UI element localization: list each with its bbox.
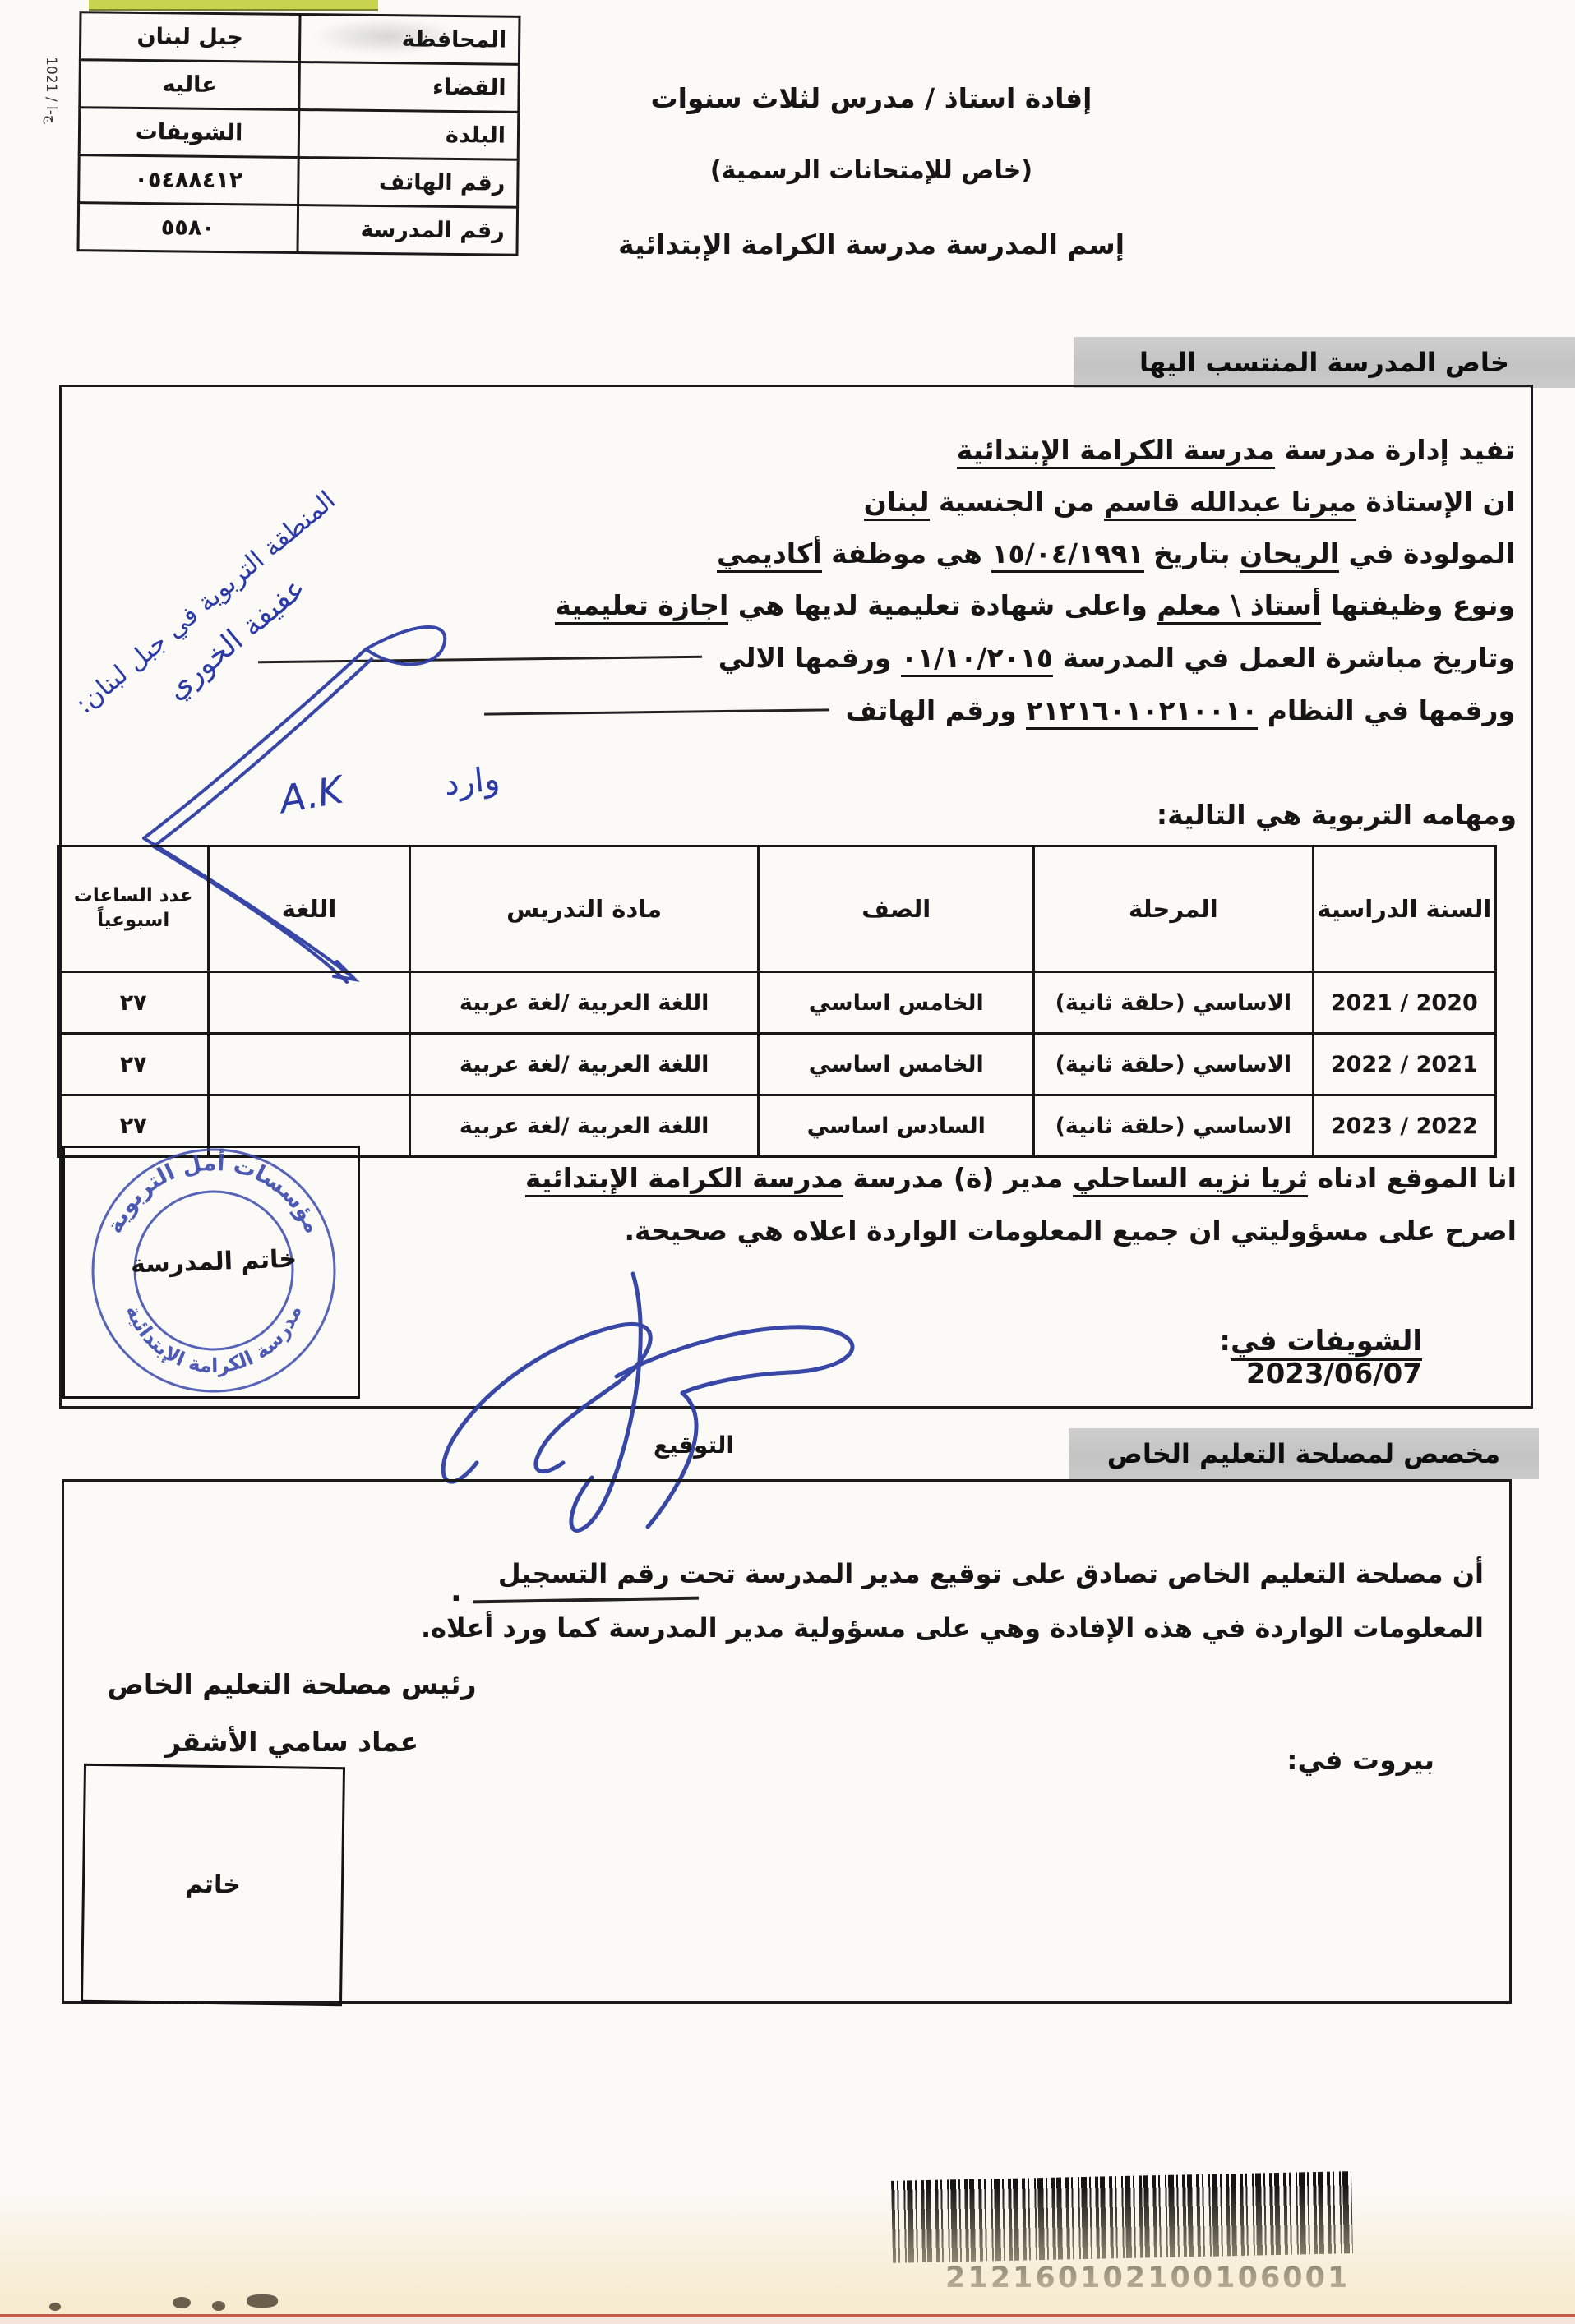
- teacher-name-value: ميرنا عبدالله قاسم: [1104, 486, 1356, 521]
- paragraph-line-1: تفيد إدارة مدرسة مدرسة الكرامة الإبتدائي…: [493, 434, 1515, 466]
- stage-cell: الاساسي (حلقة ثانية): [1034, 1095, 1314, 1157]
- ministry-certification-line2: المعلومات الواردة في هذه الإفادة وهي على…: [460, 1612, 1484, 1644]
- section2-header-bar: مخصص لمصلحة التعليم الخاص: [1069, 1428, 1539, 1479]
- registration-barcode: [891, 2171, 1353, 2263]
- phone-number-blank: [484, 703, 829, 715]
- document-subtitle: (خاص للإمتحانات الرسمية): [526, 156, 1217, 185]
- stamp-placeholder-label: خاتم: [185, 1870, 241, 1900]
- svg-text:مدرسة الكرامة الإبتدائية: مدرسة الكرامة الإبتدائية: [122, 1302, 307, 1377]
- grade-cell: الخامس اساسي: [759, 972, 1034, 1034]
- hours-cell: ٢٧: [58, 1034, 209, 1095]
- subject-cell: اللغة العربية /لغة عربية: [409, 1034, 759, 1095]
- table-row: البلدة الشويفات: [79, 108, 519, 160]
- corner-reference-note: ج-ا / 1021: [43, 25, 59, 156]
- ink-smudge: [247, 2294, 278, 2308]
- district-label: القضاء: [299, 62, 520, 113]
- town-label: البلدة: [298, 110, 519, 160]
- duty-row-2021-2022: 2021 / 2022 الاساسي (حلقة ثانية) الخامس …: [58, 1034, 1496, 1095]
- language-cell: [209, 1034, 409, 1095]
- district-value: عاليه: [80, 60, 300, 110]
- col-weekly-hours: عدد الساعات اسبوعياً: [58, 846, 209, 972]
- place-label: الشويفات في: [1231, 1325, 1422, 1361]
- school-name-value: مدرسة الكرامة الإبتدائية: [525, 1162, 843, 1197]
- duties-intro-label: ومهامه التربوية هي التالية:: [986, 799, 1517, 831]
- col-language: اللغة: [209, 846, 409, 972]
- hours-cell: ٢٧: [58, 972, 209, 1034]
- paragraph-line-2: ان الإستاذة ميرنا عبدالله قاسم من الجنسي…: [493, 486, 1515, 518]
- governorate-label: المحافظة: [299, 15, 520, 65]
- section1-header-bar: خاص المدرسة المنتسب اليها: [1074, 337, 1575, 388]
- stage-cell: الاساسي (حلقة ثانية): [1034, 1034, 1314, 1095]
- year-cell: 2020 / 2021: [1313, 972, 1495, 1034]
- system-number-value: ٢١٢١٦٠١٠٢١٠٠١٠: [1026, 694, 1258, 730]
- ink-smudge: [212, 2301, 225, 2311]
- subject-cell: اللغة العربية /لغة عربية: [409, 972, 759, 1034]
- school-number-value: ٥٥٨٠: [78, 203, 298, 253]
- table-row: القضاء عاليه: [80, 60, 520, 113]
- date-line: الشويفات في: 2023/06/07: [1060, 1325, 1422, 1390]
- scanned-document-page: { "corner_note": "ج-ا / 1021", "info_tab…: [0, 0, 1575, 2324]
- duty-row-2020-2021: 2020 / 2021 الاساسي (حلقة ثانية) الخامس …: [58, 972, 1496, 1034]
- beirut-date-label: بيروت في:: [1249, 1744, 1434, 1776]
- official-stamp-placeholder-box: خاتم: [81, 1764, 345, 2006]
- school-name-value: مدرسة الكرامة الإبتدائية: [957, 434, 1275, 469]
- job-type-value: أستاذ \ معلم: [1157, 589, 1321, 625]
- paragraph-line-4: ونوع وظيفتها أستاذ \ معلم واعلى شهادة تع…: [493, 589, 1515, 621]
- birthplace-value: الريحان: [1240, 537, 1339, 573]
- chief-name: عماد سامي الأشقر: [70, 1726, 514, 1758]
- phone-label: رقم الهاتف: [298, 157, 519, 207]
- table-row: المحافظة جبل لبنان: [80, 12, 520, 65]
- stage-cell: الاساسي (حلقة ثانية): [1034, 972, 1314, 1034]
- col-subject: مادة التدريس: [409, 846, 759, 972]
- paragraph-line-5: وتاريخ مباشرة العمل في المدرسة ٠١/١٠/٢٠١…: [493, 642, 1515, 674]
- table-row: رقم الهاتف ٠٥٤٨٨٤١٢: [79, 155, 519, 208]
- sentence-period: .: [450, 1575, 462, 1608]
- scan-bottom-margin: [0, 2317, 1575, 2324]
- teaching-duties-table: السنة الدراسية المرحلة الصف مادة التدريس…: [57, 845, 1497, 1158]
- start-date-value: ٠١/١٠/٢٠١٥: [901, 642, 1053, 677]
- degree-value: اجازة تعليمية: [555, 589, 728, 625]
- declaration-line-1: انا الموقع ادناه ثريا نزيه الساحلي مدير …: [658, 1162, 1517, 1194]
- col-grade: الصف: [759, 846, 1034, 972]
- employee-type-value: أكاديمي: [717, 537, 822, 573]
- town-value: الشويفات: [79, 108, 299, 158]
- principal-name-value: ثريا نزيه الساحلي: [1073, 1162, 1308, 1197]
- school-name-line: إسم المدرسة مدرسة الكرامة الإبتدائية: [526, 228, 1217, 261]
- grade-cell: الخامس اساسي: [759, 1034, 1034, 1095]
- barcode-number: 212160102100106001: [945, 2262, 1323, 2294]
- ministry-certification-line1: أن مصلحة التعليم الخاص تصادق على توقيع م…: [575, 1558, 1484, 1589]
- declaration-line-2: اصرح على مسؤوليتي ان جميع المعلومات الوا…: [658, 1215, 1517, 1247]
- nationality-value: لبنان: [864, 486, 930, 521]
- col-school-year: السنة الدراسية: [1313, 846, 1495, 972]
- ink-smudge: [173, 2297, 191, 2308]
- issue-date-value: 2023/06/07: [1246, 1358, 1422, 1390]
- phone-value: ٠٥٤٨٨٤١٢: [79, 155, 299, 205]
- grade-cell: السادس اساسي: [759, 1095, 1034, 1157]
- scan-edge-strip-top: [89, 0, 378, 11]
- school-info-table: المحافظة جبل لبنان القضاء عاليه البلدة ا…: [76, 11, 520, 256]
- school-number-label: رقم المدرسة: [298, 205, 518, 255]
- subject-cell: اللغة العربية /لغة عربية: [409, 1095, 759, 1157]
- language-cell: [209, 972, 409, 1034]
- col-stage: المرحلة: [1034, 846, 1314, 972]
- year-cell: 2022 / 2023: [1313, 1095, 1495, 1157]
- birthdate-value: ١٥/٠٤/١٩٩١: [991, 537, 1143, 573]
- duty-table-header-row: السنة الدراسية المرحلة الصف مادة التدريس…: [58, 846, 1496, 972]
- year-cell: 2021 / 2022: [1313, 1034, 1495, 1095]
- chief-title: رئيس مصلحة التعليم الخاص: [70, 1668, 514, 1700]
- stamp-ring-bottom-text: مدرسة الكرامة الإبتدائية: [122, 1302, 307, 1377]
- governorate-value: جبل لبنان: [80, 12, 300, 62]
- ink-smudge: [49, 2303, 61, 2311]
- table-row: رقم المدرسة ٥٥٨٠: [78, 203, 518, 256]
- paragraph-line-3: المولودة في الريحان بتاريخ ١٥/٠٤/١٩٩١ هي…: [493, 537, 1515, 569]
- paragraph-line-6: ورقمها في النظام ٢١٢١٦٠١٠٢١٠٠١٠ ورقم اله…: [493, 694, 1515, 726]
- document-title: إفادة استاذ / مدرس لثلاث سنوات: [526, 82, 1217, 114]
